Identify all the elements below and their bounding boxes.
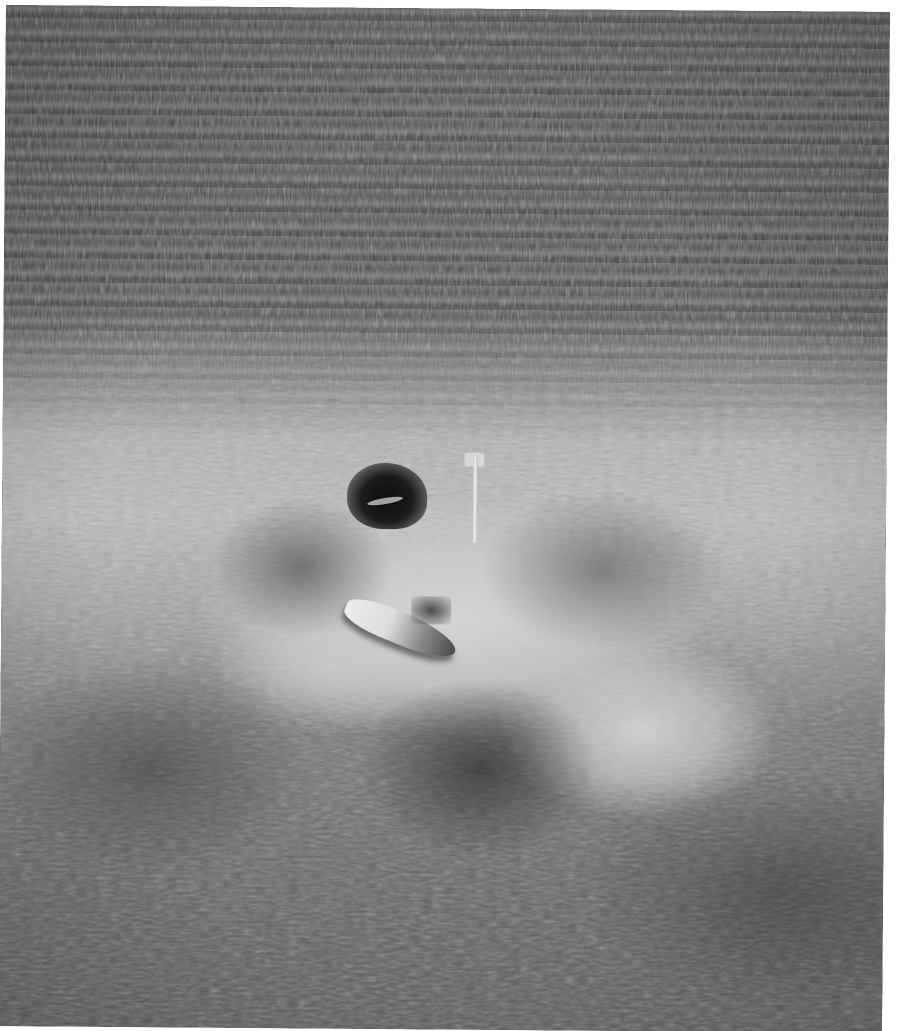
field-photograph xyxy=(0,5,890,1031)
photo-vignette xyxy=(0,5,890,1031)
